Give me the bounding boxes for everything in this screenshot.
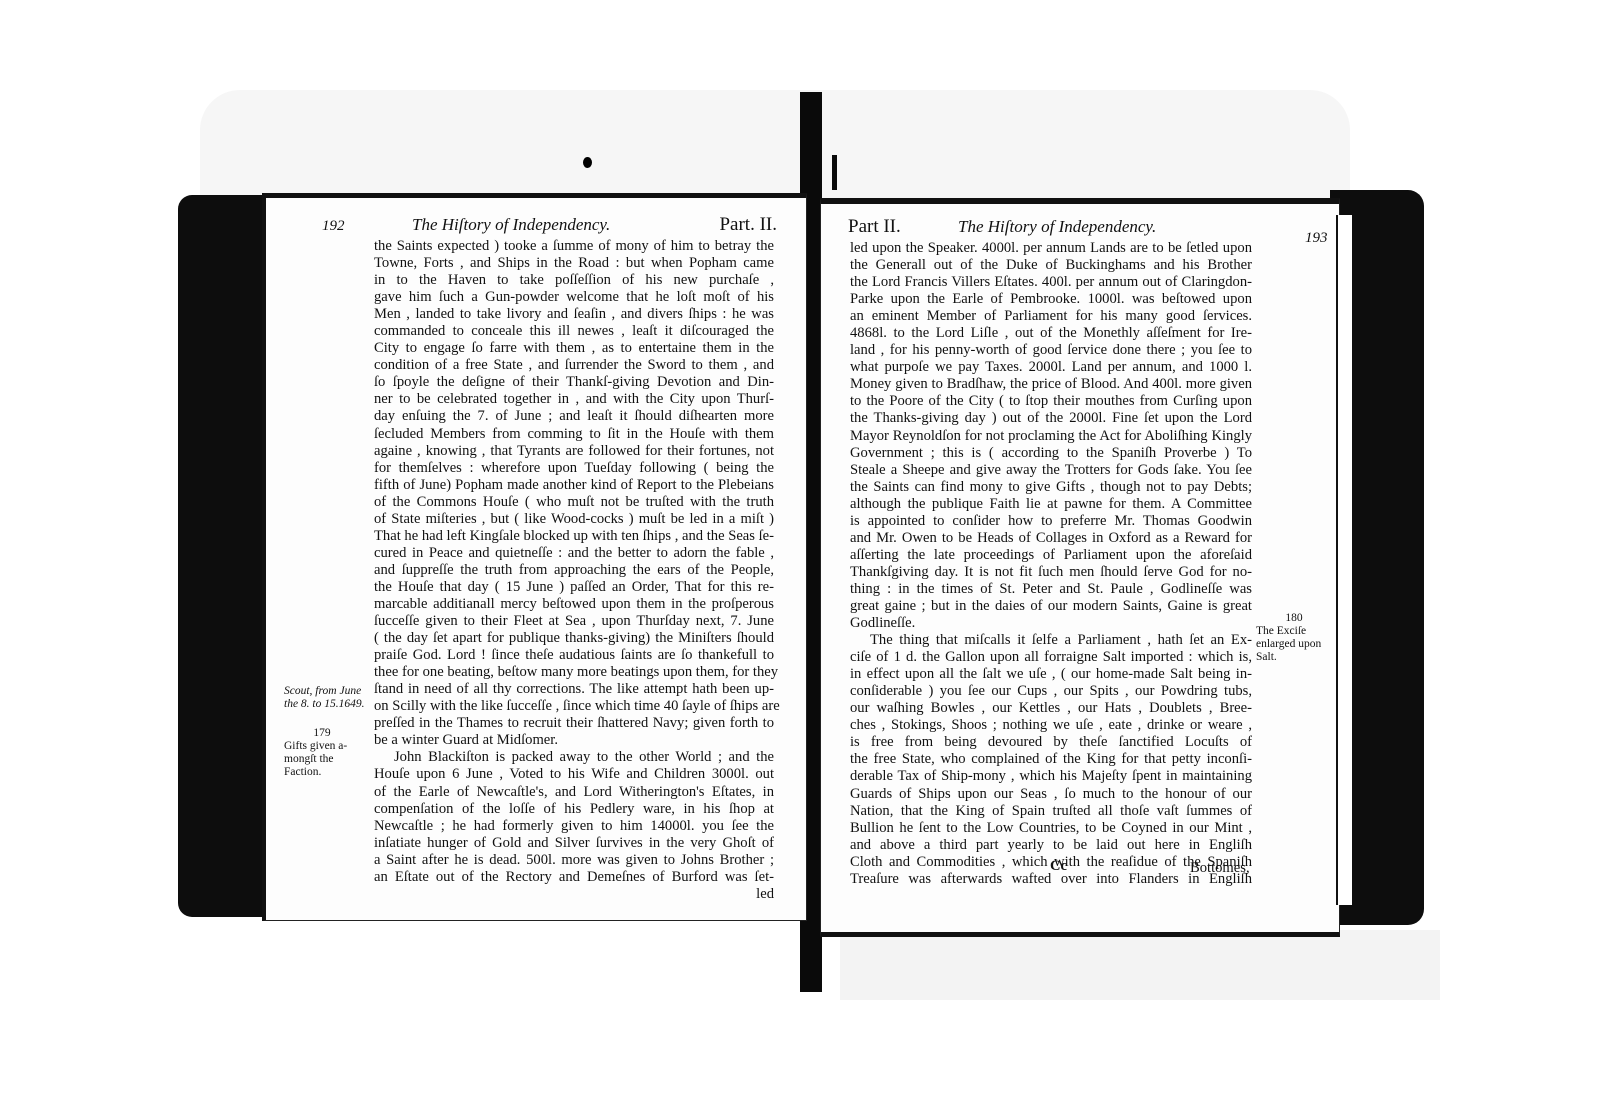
text-line: ciſe of 1 d. the Gallon upon all forraig… [850,649,1252,666]
text-line: of the Commons Houſe ( who muſt not be t… [374,494,774,511]
text-line: condition of a free State , and ſurrende… [374,357,774,374]
text-line: Bullion he ſent to the Low Countries, to… [850,820,1252,837]
text-line: ſtand in need of all thy corrections. Th… [374,681,774,698]
text-line: great gaine ; but in the daies of our mo… [850,598,1252,615]
text-line: againe , knowing , that Tyrants are foll… [374,443,774,460]
left-running-head: 192 The Hiſtory of Independency. Part. I… [322,214,777,236]
text-line: John Blackiſton is packed away to the ot… [374,749,774,766]
text-line: of State miſteries , but ( like Wood-coc… [374,511,774,528]
text-line: City to engage ſo farre with them , as t… [374,340,774,357]
text-line: although the publique Faith lie at pawne… [850,496,1252,513]
text-line: gave him ſuch a Gun-powder welcome that … [374,289,774,306]
sidenote-text: Gifts given a- mongſt the Faction. [284,740,347,778]
left-sidenote-scout: Scout, from June the 8. to 15.1649. [284,685,369,711]
sidenote-number: 179 [284,727,360,740]
text-line: the Saints expected ) tooke a ſumme of m… [374,238,774,255]
text-line: to the Poore of the City ( to ſtop their… [850,393,1252,410]
left-page-body: the Saints expected ) tooke a ſumme of m… [374,238,774,903]
ink-blot [583,157,592,168]
text-line: derable Tax of Ship-mony , which his Maj… [850,768,1252,785]
text-line: The thing that miſcalls it ſelfe a Parli… [850,632,1252,649]
spine-strip [832,155,837,190]
text-line: the Saints can find mony to give Gifts ,… [850,479,1252,496]
text-line: Parke upon the Earle of Pembrooke. 1000l… [850,291,1252,308]
catchword: Bottomes, [1190,860,1250,877]
text-line: preſſed in the Thames to recruit their ſ… [374,715,774,732]
text-line: marcable additianall mercy beſtowed upon… [374,596,774,613]
right-sidenote-excise: 180 The Exciſe enlarged upon Salt. [1256,612,1332,664]
text-line: ſo ſpoyle the deſigne of their Thankſ-gi… [374,374,774,391]
sidenote-text: Scout, from June the 8. to 15.1649. [284,685,365,710]
text-line: an eminent Member of Parliament for his … [850,308,1252,325]
text-line: Mayor Reynoldſon for not proclaming the … [850,428,1252,445]
right-running-head: Part II. The Hiſtory of Independency. [848,216,1318,238]
sidenote-number: 180 [1256,612,1332,625]
text-line: on Scilly with the like ſucceſſe , ſince… [374,698,774,715]
sidenote-text: The Exciſe enlarged upon Salt. [1256,625,1321,663]
page-number-right: 193 [1305,230,1328,247]
text-line: aſſerting the late proceedings of Parlia… [850,547,1252,564]
text-line: is free from being devoured by theſe ſan… [850,734,1252,751]
running-title-right: The Hiſtory of Independency. [958,217,1318,237]
right-page-body: led upon the Speaker. 4000l. per annum L… [850,240,1252,888]
text-line: Nation, that the King of Spain truſted a… [850,803,1252,820]
scan-noise-bottom [840,930,1440,1000]
text-line: Thankſgiving day. It is not fit ſuch men… [850,564,1252,581]
text-line: and above a third part yearly to be laid… [850,837,1252,854]
text-line: the free State, who complained of the Ki… [850,751,1252,768]
text-line: for themſelves : wherefore upon Tueſday … [374,460,774,477]
left-sidenote-gifts: 179 Gifts given a- mongſt the Faction. [284,727,360,779]
text-line: Guards of Ships upon our Seas , ſo much … [850,786,1252,803]
part-label-left: Part. II. [719,214,777,236]
text-line: ner to be celebrated together in , and w… [374,391,774,408]
text-line: 4868l. to the Lord Liſle , out of the Mo… [850,325,1252,342]
text-line: Towne, Forts , and Ships in the Road : b… [374,255,774,272]
page-number-left: 192 [322,218,412,235]
text-line: ( the day ſet apart for publique thanks-… [374,630,774,647]
text-line: ſecluded Members from comming to ſit in … [374,426,774,443]
text-line: and ſuppreſſe the truth from approaching… [374,562,774,579]
text-line: and Mr. Owen to be Heads of Collages in … [850,530,1252,547]
text-line: fifth of June) Popham made another kind … [374,477,774,494]
text-line: led upon the Speaker. 4000l. per annum L… [850,240,1252,257]
text-line: Newcaſtle ; he had formerly given to him… [374,818,774,835]
text-line: ches , Stokings, Shoos ; nothing we uſe … [850,717,1252,734]
text-line: Men , landed to take livory and ſeaſin ,… [374,306,774,323]
text-line: land , for his penny-worth of good ſervi… [850,342,1252,359]
text-line: commanded to conceale this ill newes , l… [374,323,774,340]
text-line: That he had left Kingſale blocked up wit… [374,528,774,545]
text-line: Steale a Sheepe and give away the Trotte… [850,462,1252,479]
text-line: an Eſtate out of the Rectory and Demeſne… [374,869,774,886]
text-line: praiſe God. Lord ! ſince theſe audatious… [374,647,774,664]
text-line: ſucceſſe given to their Fleet at Sea , u… [374,613,774,630]
text-line: cured in Peace and quietneſſe : and the … [374,545,774,562]
text-line: in to the Haven to take poſſeſſion of hi… [374,272,774,289]
part-label-right: Part II. [848,216,958,238]
text-line: in effect upon all the ſalt we uſe , ( o… [850,666,1252,683]
text-line: what purpoſe we pay Taxes. 2000l. Land p… [850,359,1252,376]
text-line: compenſation of the loſſe of his Pedlery… [374,801,774,818]
text-line: our waſhing Bowles , our Kettles , our H… [850,700,1252,717]
scan-noise-top [200,90,1350,200]
text-line: the Lord Francis Villers Eſtates. 400l. … [850,274,1252,291]
text-line: Government ; this is ( according to the … [850,445,1252,462]
text-line: the Thanks-giving day ) out of the 2000l… [850,410,1252,427]
left-cover [178,195,270,917]
text-line: led [374,886,774,903]
text-line: Money given to Bradſhaw, the price of Bl… [850,376,1252,393]
text-line: conſiderable ) you ſee our Cups , our Sp… [850,683,1252,700]
text-line: a Saint after he is dead. 500l. more was… [374,852,774,869]
text-line: is appointed to conſider how to preferre… [850,513,1252,530]
text-line: thing : in the times of St. Peter and St… [850,581,1252,598]
text-line: thee for one beating, beſtow many more b… [374,664,774,681]
right-inner-edge [1336,215,1352,905]
running-title-left: The Hiſtory of Independency. [412,215,719,235]
text-line: Godlineſſe. [850,615,1252,632]
text-line: the Generall out of the Duke of Buckingh… [850,257,1252,274]
text-line: of the Earle of Newcaſtle's, and Lord Wi… [374,784,774,801]
text-line: be a winter Guard at Midſomer. [374,732,774,749]
text-line: Houſe upon 6 June , Voted to his Wife an… [374,766,774,783]
text-line: the Houſe that day ( 15 June ) paſſed an… [374,579,774,596]
text-line: day enſuing the 7. of June ; and leaſt i… [374,408,774,425]
signature-mark: Cc [1050,858,1067,875]
text-line: inſatiate hunger of Gold and Silver ſurv… [374,835,774,852]
